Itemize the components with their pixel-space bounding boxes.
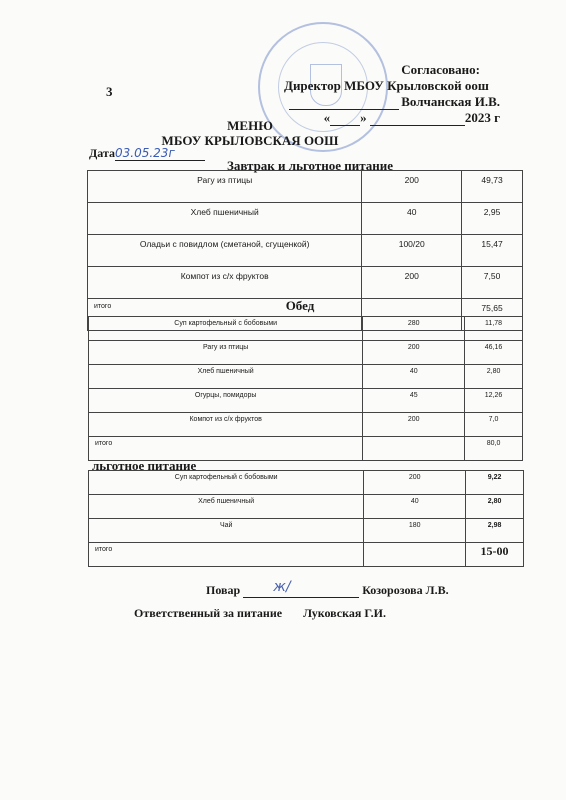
portion-size: 40 xyxy=(362,203,462,235)
table-row: Оладьи с повидлом (сметаной, сгущенкой)1… xyxy=(88,235,523,267)
menu-title-line1: МЕНЮ xyxy=(150,118,350,133)
portion-size: 200 xyxy=(363,413,465,437)
portion-size: 40 xyxy=(364,495,466,519)
price: 12,26 xyxy=(465,389,523,413)
portion-size: 100/20 xyxy=(362,235,462,267)
price: 2,80 xyxy=(466,495,524,519)
month-blank xyxy=(370,113,465,126)
price: 49,73 xyxy=(462,171,523,203)
dish-name: Хлеб пшеничный xyxy=(89,365,363,389)
total-label: итого xyxy=(89,543,364,567)
approval-block: Согласовано: Директор МБОУ Крыловской оо… xyxy=(284,62,500,126)
total-row: итого80,0 xyxy=(89,437,523,461)
responsible-row: Ответственный за питание Луковская Г.И. xyxy=(134,606,386,621)
portion-size: 200 xyxy=(362,267,462,299)
table-row: Рагу из птицы20049,73 xyxy=(88,171,523,203)
total-price: 15-00 xyxy=(466,543,524,567)
dish-name: Рагу из птицы xyxy=(88,171,362,203)
dish-name: Компот из с/х фруктов xyxy=(88,267,362,299)
dish-name: Рагу из птицы xyxy=(89,341,363,365)
cook-signature: ж/ xyxy=(273,579,290,595)
portion-size: 40 xyxy=(363,365,465,389)
lunch-table: Суп картофельный с бобовыми28011,78Рагу … xyxy=(88,316,523,461)
lunch-title: Обед xyxy=(270,298,330,314)
portion-size: 45 xyxy=(363,389,465,413)
cook-name: Козорозова Л.В. xyxy=(362,583,448,597)
price: 9,22 xyxy=(466,471,524,495)
total-row: итого15-00 xyxy=(89,543,524,567)
portion-size: 200 xyxy=(364,471,466,495)
dish-name: Оладьи с повидлом (сметаной, сгущенкой) xyxy=(88,235,362,267)
date-label: Дата xyxy=(89,146,115,160)
portion-size: 200 xyxy=(362,171,462,203)
page-number: 3 xyxy=(106,84,113,100)
total-qty-empty xyxy=(364,543,466,567)
responsible-name: Луковская Г.И. xyxy=(303,606,386,620)
price: 46,16 xyxy=(465,341,523,365)
table-row: Компот из с/х фруктов2007,50 xyxy=(88,267,523,299)
approval-year: 2023 г xyxy=(465,110,500,125)
responsible-label: Ответственный за питание xyxy=(134,606,282,620)
subsidized-table: Суп картофельный с бобовыми2009,22Хлеб п… xyxy=(88,470,524,567)
price: 2,95 xyxy=(462,203,523,235)
portion-size: 180 xyxy=(364,519,466,543)
price: 2,80 xyxy=(465,365,523,389)
price: 7,50 xyxy=(462,267,523,299)
dish-name: Хлеб пшеничный xyxy=(88,203,362,235)
table-row: Огурцы, помидоры4512,26 xyxy=(89,389,523,413)
total-label: итого xyxy=(89,437,363,461)
price: 2,98 xyxy=(466,519,524,543)
price: 11,78 xyxy=(465,317,523,341)
price: 15,47 xyxy=(462,235,523,267)
date-row: Дата03.05.23г xyxy=(89,146,205,161)
dish-name: Суп картофельный с бобовыми xyxy=(89,317,363,341)
price: 7,0 xyxy=(465,413,523,437)
close-quote: » xyxy=(360,110,367,125)
dish-name: Суп картофельный с бобовыми xyxy=(89,471,364,495)
table-row: Хлеб пшеничный402,80 xyxy=(89,365,523,389)
dish-name: Огурцы, помидоры xyxy=(89,389,363,413)
approval-director: Директор МБОУ Крыловской оош xyxy=(284,78,500,94)
signature-blank xyxy=(289,97,399,110)
dish-name: Чай xyxy=(89,519,364,543)
table-row: Хлеб пшеничный402,80 xyxy=(89,495,524,519)
total-price: 80,0 xyxy=(465,437,523,461)
table-row: Чай1802,98 xyxy=(89,519,524,543)
director-name: Волчанская И.В. xyxy=(401,94,500,109)
total-qty-empty xyxy=(363,437,465,461)
dish-name: Хлеб пшеничный xyxy=(89,495,364,519)
table-row: Суп картофельный с бобовыми28011,78 xyxy=(89,317,523,341)
table-row: Суп картофельный с бобовыми2009,22 xyxy=(89,471,524,495)
cook-label: Повар xyxy=(206,583,240,597)
approval-heading: Согласовано: xyxy=(284,62,500,78)
approval-signature-line: Волчанская И.В. xyxy=(284,94,500,110)
table-row: Компот из с/х фруктов2007,0 xyxy=(89,413,523,437)
table-row: Рагу из птицы20046,16 xyxy=(89,341,523,365)
dish-name: Компот из с/х фруктов xyxy=(89,413,363,437)
portion-size: 200 xyxy=(363,341,465,365)
table-row: Хлеб пшеничный402,95 xyxy=(88,203,523,235)
menu-title: МЕНЮ МБОУ КРЫЛОВСКАЯ ООШ xyxy=(150,118,350,148)
portion-size: 280 xyxy=(363,317,465,341)
cook-signature-line: ж/ xyxy=(243,585,359,598)
cook-signature-row: Повар ж/ Козорозова Л.В. xyxy=(206,583,449,598)
